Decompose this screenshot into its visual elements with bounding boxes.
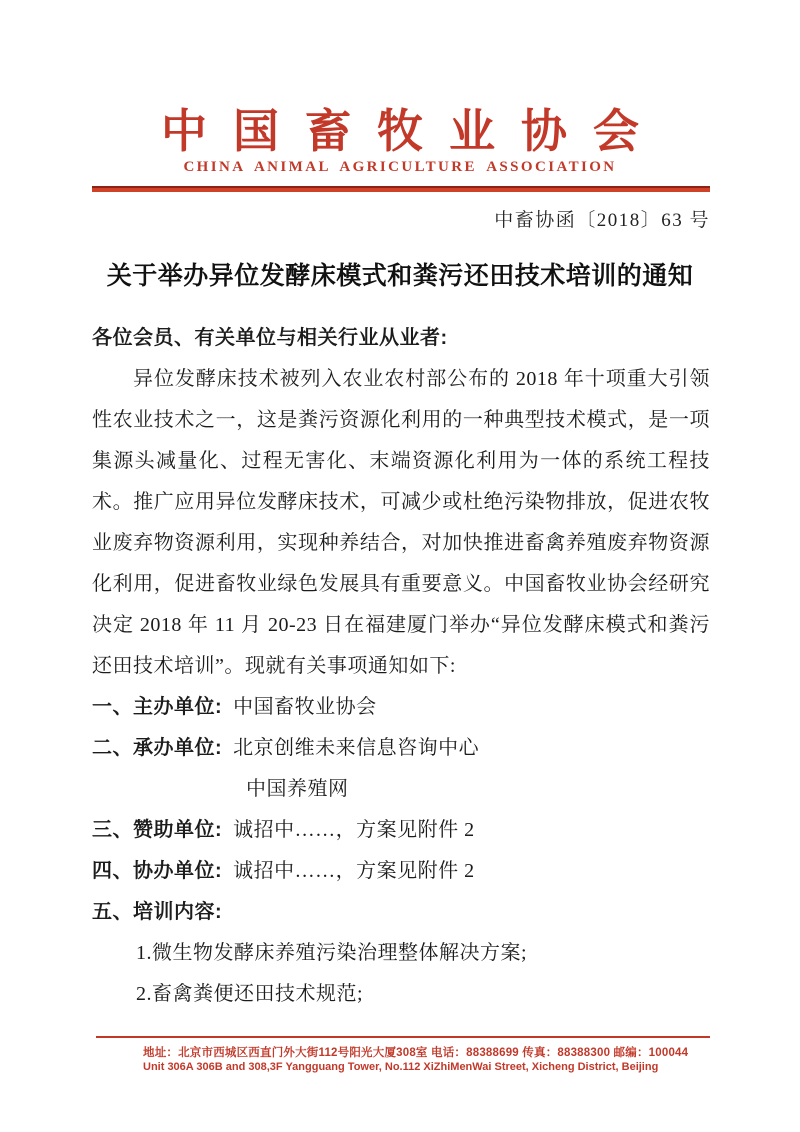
org-name-english: CHINA ANIMAL AGRICULTURE ASSOCIATION: [0, 159, 800, 176]
list-item-training-content: 五、培训内容:: [92, 892, 710, 933]
letterhead: 中国畜牧业协会 CHINA ANIMAL AGRICULTURE ASSOCIA…: [0, 108, 800, 192]
list-item-value: [222, 901, 233, 923]
list-item-label: 一、主办单位:: [92, 696, 222, 718]
document-number: 中畜协函〔2018〕63 号: [0, 205, 800, 232]
list-item-label: 二、承办单位:: [92, 737, 222, 759]
list-item-label: 四、协办单位:: [92, 860, 222, 882]
list-item-organizer-extra: 中国养殖网: [92, 769, 710, 810]
footer-address-cn: 地址：北京市西城区西直门外大街112号阳光大厦308室 电话：88388699 …: [143, 1046, 800, 1060]
list-item-host-unit: 一、主办单位:中国畜牧业协会: [92, 687, 710, 728]
intro-paragraph: 异位发酵床技术被列入农业农村部公布的 2018 年十项重大引领性农业技术之一，这…: [92, 359, 710, 687]
training-topic-2: 2.畜禽粪便还田技术规范;: [92, 974, 710, 1015]
footer-address-en: Unit 306A 306B and 308,3F Yangguang Towe…: [143, 1060, 800, 1074]
list-item-cosponsor: 四、协办单位:诚招中……，方案见附件 2: [92, 851, 710, 892]
salutation: 各位会员、有关单位与相关行业从业者:: [92, 318, 710, 359]
document-body: 各位会员、有关单位与相关行业从业者: 异位发酵床技术被列入农业农村部公布的 20…: [92, 318, 710, 1015]
org-name-chinese: 中国畜牧业协会: [0, 108, 800, 156]
letterhead-rule: [92, 186, 710, 192]
list-item-value: 北京创维未来信息咨询中心: [222, 737, 479, 759]
list-item-sponsor: 三、赞助单位:诚招中……，方案见附件 2: [92, 810, 710, 851]
list-item-value: 中国畜牧业协会: [222, 696, 377, 718]
document-title: 关于举办异位发酵床模式和粪污还田技术培训的通知: [40, 256, 760, 292]
list-item-organizer: 二、承办单位:北京创维未来信息咨询中心: [92, 728, 710, 769]
training-topic-1: 1.微生物发酵床养殖污染治理整体解决方案;: [92, 933, 710, 974]
footer-address-block: 地址：北京市西城区西直门外大街112号阳光大厦308室 电话：88388699 …: [143, 1046, 800, 1074]
list-item-label: 三、赞助单位:: [92, 819, 222, 841]
list-item-value: 诚招中……，方案见附件 2: [222, 819, 475, 841]
document-page: 中国畜牧业协会 CHINA ANIMAL AGRICULTURE ASSOCIA…: [0, 0, 800, 1132]
page-footer: 地址：北京市西城区西直门外大街112号阳光大厦308室 电话：88388699 …: [0, 1036, 800, 1074]
list-item-value: 诚招中……，方案见附件 2: [222, 860, 475, 882]
list-item-label: 五、培训内容:: [92, 901, 222, 923]
footer-rule: [96, 1036, 710, 1038]
list-item-value: 中国养殖网: [92, 778, 349, 800]
